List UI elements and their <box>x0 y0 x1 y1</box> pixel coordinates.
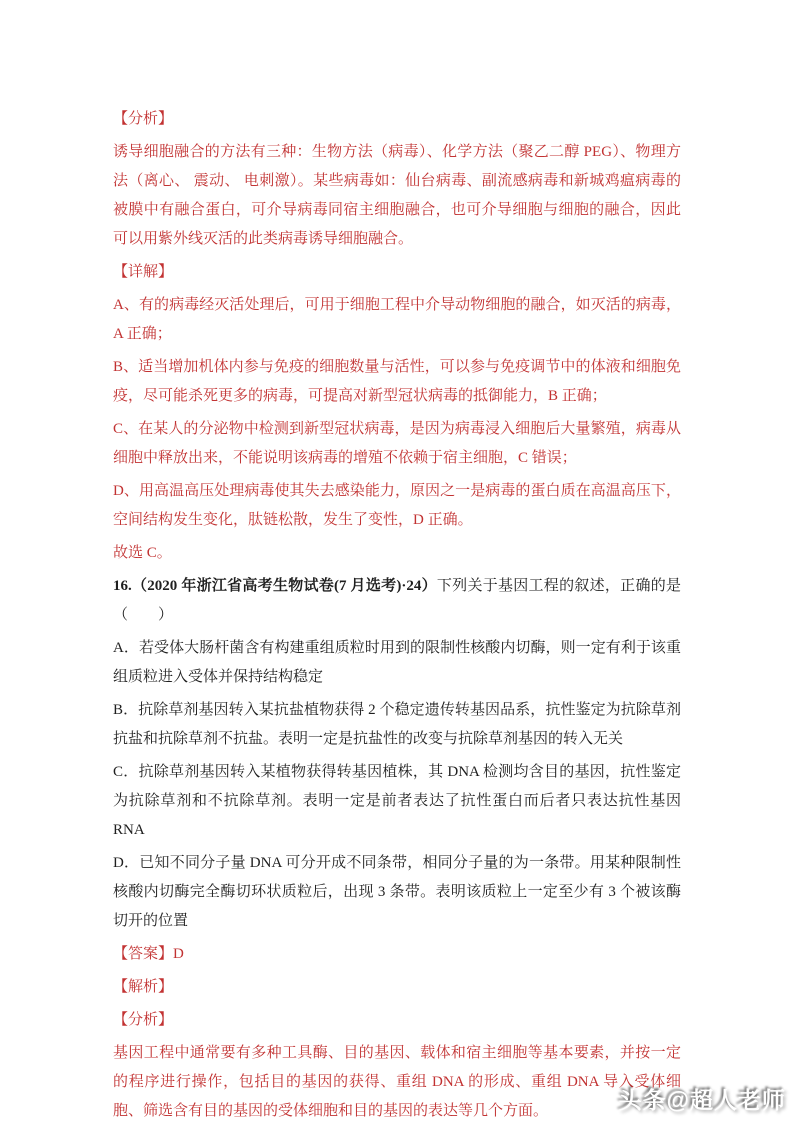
toutiao-watermark: 头条@超人老师 <box>619 1082 786 1115</box>
analysis-paragraph-q16: 基因工程中通常要有多种工具酶、目的基因、载体和宿主细胞等基本要素，并按一定的程序… <box>113 1039 681 1123</box>
detail-item-d: D、用高温高压处理病毒使其失去感染能力，原因之一是病毒的蛋白质在高温高压下，空间… <box>113 477 681 535</box>
detail-label-q15: 【详解】 <box>113 258 681 287</box>
answer-label-q16: 【答案】 <box>113 946 173 962</box>
answer-value-q16: D <box>173 946 184 962</box>
question-16-option-a: A．若受体大肠杆菌含有构建重组质粒时用到的限制性核酸内切酶，则一定有利于该重组质… <box>113 634 681 692</box>
detail-item-b: B、适当增加机体内参与免疫的细胞数量与活性，可以参与免疫调节中的体液和细胞免疫，… <box>113 353 681 411</box>
detail-item-a: A、有的病毒经灭活处理后，可用于细胞工程中介导动物细胞的融合，如灭活的病毒， A… <box>113 291 681 349</box>
question-16-option-b: B．抗除草剂基因转入某抗盐植物获得 2 个稳定遗传转基因品系，抗性鉴定为抗除草剂… <box>113 696 681 754</box>
answer-line-q16: 【答案】D <box>113 940 681 969</box>
question-16-option-d: D．已知不同分子量 DNA 可分开成不同条带，相同分子量的为一条带。用某种限制性… <box>113 849 681 936</box>
analysis-label-q16: 【分析】 <box>113 1006 681 1035</box>
explanation-label-q16: 【解析】 <box>113 973 681 1002</box>
document-body: 【分析】 诱导细胞融合的方法有三种：生物方法（病毒）、化学方法（聚乙二醇 PEG… <box>113 105 681 1123</box>
question-16-option-c: C．抗除草剂基因转入某植物获得转基因植株，其 DNA 检测均含目的基因，抗性鉴定… <box>113 758 681 845</box>
document-page: 【分析】 诱导细胞融合的方法有三种：生物方法（病毒）、化学方法（聚乙二醇 PEG… <box>0 0 794 1123</box>
analysis-paragraph-q15: 诱导细胞融合的方法有三种：生物方法（病毒）、化学方法（聚乙二醇 PEG）、物理方… <box>113 138 681 254</box>
question-16-source: 16.（2020 年浙江省高考生物试卷(7 月选考)·24） <box>113 578 437 594</box>
detail-item-c: C、在某人的分泌物中检测到新型冠状病毒，是因为病毒浸入细胞后大量繁殖，病毒从细胞… <box>113 415 681 473</box>
question-16-header: 16.（2020 年浙江省高考生物试卷(7 月选考)·24）下列关于基因工程的叙… <box>113 572 681 630</box>
analysis-label-q15: 【分析】 <box>113 105 681 134</box>
conclusion-q15: 故选 C。 <box>113 539 681 568</box>
